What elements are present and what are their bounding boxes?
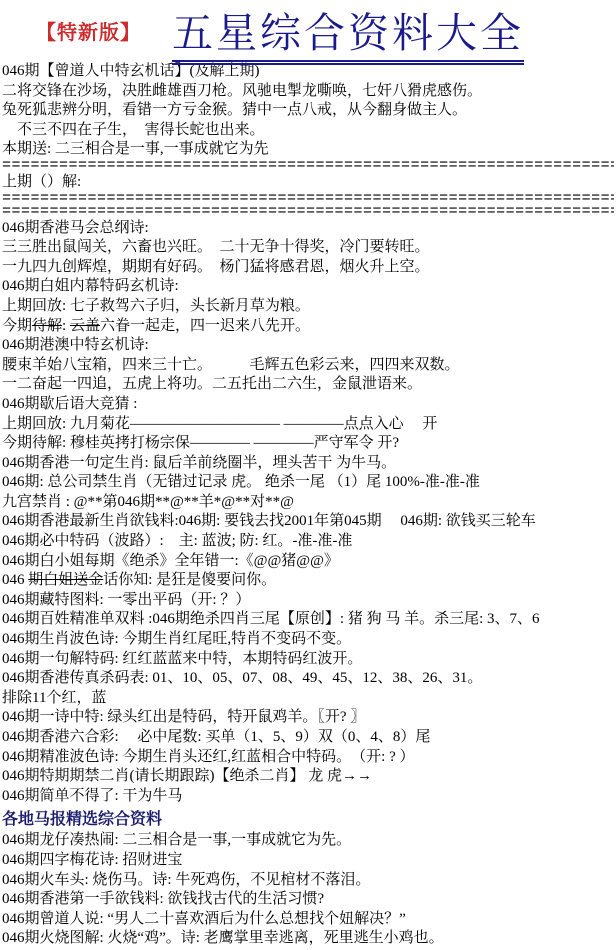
text-line: 046期一句解特码: 红红蓝蓝来中特，本期特码红波开。 xyxy=(2,650,614,670)
text-line: 046期一诗中特: 绿头红出是特码，特开鼠鸡羊。〖开? 〗 xyxy=(2,708,614,728)
content-lines: 046期【曾道人中特玄机话】(及解上期)二将交锋在沙场，决胜雌雄酉刀枪。风驰电掣… xyxy=(0,62,616,949)
text-line: 今期待解: 云盖六眷一起走，四一迟来八先开。 xyxy=(2,317,614,337)
text-line: 上期回放: 九月菊花—————————— ————点点入心 开 xyxy=(2,415,614,435)
text-line: 排除11个红，蓝 xyxy=(2,689,614,709)
struck-text: 云盖 xyxy=(70,318,100,334)
text-line: 不三不四在子生， 害得长蛇也出来。 xyxy=(2,121,614,141)
text-line: 046期藏特图料: 一零出平码（开: ？） xyxy=(2,591,614,611)
text-line: 三三胜出鼠闯关，六畜也兴旺。 二十无争十得奖，冷门要转旺。 xyxy=(2,238,614,258)
edition-label: 【特新版】 xyxy=(36,16,141,45)
text-line: 046期火车头: 烧伤马。诗: 牛死鸡伤，不见棺材不落泪。 xyxy=(2,871,614,891)
text-line: 046期香港传真杀码表: 01、10、05、07、08、49、45、12、38、… xyxy=(2,669,614,689)
text-line: 046期百姓精准单双料 :046期绝杀四肖三尾【原创】: 猪 狗 马 羊。杀三尾… xyxy=(2,610,614,630)
text-line: 046期香港马会总纲诗: xyxy=(2,219,614,239)
text-line: 046期曾道人说: “男人二十喜欢酒后为什么总想找个妞解决？” xyxy=(2,910,614,930)
text-line: 腰束羊始八宝箱，四来三十亡。 毛辉五色彩云来，四四来双数。 xyxy=(2,356,614,376)
text-line: 046期香港第一手欲钱料: 欲钱找古代的生活习惯? xyxy=(2,890,614,910)
text-line: 上期（）解: xyxy=(2,173,614,193)
text-line: 046期歇后语大竞猜 : xyxy=(2,395,614,415)
struck-text: 待解 xyxy=(32,318,62,334)
text-line: 兔死狐悲辨分明，看错一方亏金猴。猜中一点八戒，从今翻身做主人。 xyxy=(2,101,614,121)
text-line: 046期火烧图解: 火烧“鸡”。诗: 老鹰掌里幸逃离，死里逃生小鸡也。 xyxy=(2,929,614,949)
text-line: 上期回放: 七子救驾六子归，头长新月草为粮。 xyxy=(2,297,614,317)
text-line: 二将交锋在沙场，决胜雌雄酉刀枪。风驰电掣龙嘶唤，七奸八猾虎感伤。 xyxy=(2,82,614,102)
text-line: 046期香港最新生肖欲钱料:046期: 要钱去找2001年第045期 046期:… xyxy=(2,512,614,532)
text-line: 046期精准波色诗: 今期生肖头还红,红蓝相合中特码。 （开: ? ） xyxy=(2,748,614,768)
text-line: 046期香港六合彩: 必中尾数: 买单（1、5、9）双（0、4、8）尾 xyxy=(2,728,614,748)
page-header: 【特新版】 五星综合资料大全 xyxy=(0,0,616,62)
separator-line: ========================================… xyxy=(2,193,614,206)
section-header: 各地马报精选综合资料 xyxy=(2,806,614,831)
text-line: 一九四九创辉煌，期期有好码。 杨门猛将感君恩，烟火升上空。 xyxy=(2,258,614,278)
text-line: 046期四字梅花诗: 招财进宝 xyxy=(2,851,614,871)
text-line: 046期特期期禁二肖(请长期跟踪)【绝杀二肖】 龙 虎→→ xyxy=(2,767,614,787)
text-line: 本期送: 二三相合是一事,一事成就它为先 xyxy=(2,140,614,160)
struck-text: 期白姐送金 xyxy=(28,572,103,588)
separator-line: ========================================… xyxy=(2,206,614,219)
text-line: 046期白姐内幕特码玄机诗: xyxy=(2,277,614,297)
text-line: 046 期白姐送金话你知: 是狂是傻要问你。 xyxy=(2,571,614,591)
text-line: 今期待解: 穆桂英拷打杨宗保———— ————严守军令 开? xyxy=(2,434,614,454)
text-line: 九宫禁肖 : @**第046期**@**羊*@**对**@ xyxy=(2,493,614,513)
text-line: 046期: 总公司禁生肖（无错过记录 虎。 绝杀一尾 （1）尾 100%-准-准… xyxy=(2,473,614,493)
text-line: 046期白小姐每期《绝杀》全年错一:《@@猪@@》 xyxy=(2,552,614,572)
separator-line: ========================================… xyxy=(2,160,614,173)
text-line: 046期简单不得了: 干为牛马 xyxy=(2,787,614,807)
text-line: 046期必中特码（波路）: 主: 蓝波; 防: 红。-准-准-准 xyxy=(2,532,614,552)
page-title: 五星综合资料大全 xyxy=(172,0,524,65)
text-line: 046期港澳中特玄机诗: xyxy=(2,336,614,356)
text-line: 一二奋起一四追，五虎上将功。二五托出二六生，金鼠泄语来。 xyxy=(2,375,614,395)
text-line: 046期生肖波色诗: 今期生肖红尾旺,特肖不变码不变。 xyxy=(2,630,614,650)
text-line: 046期龙仔凑热闹: 二三相合是一事,一事成就它为先。 xyxy=(2,831,614,851)
text-line: 046期香港一句定生肖: 鼠后羊前绕圈半，埋头苦干 为牛马。 xyxy=(2,454,614,474)
